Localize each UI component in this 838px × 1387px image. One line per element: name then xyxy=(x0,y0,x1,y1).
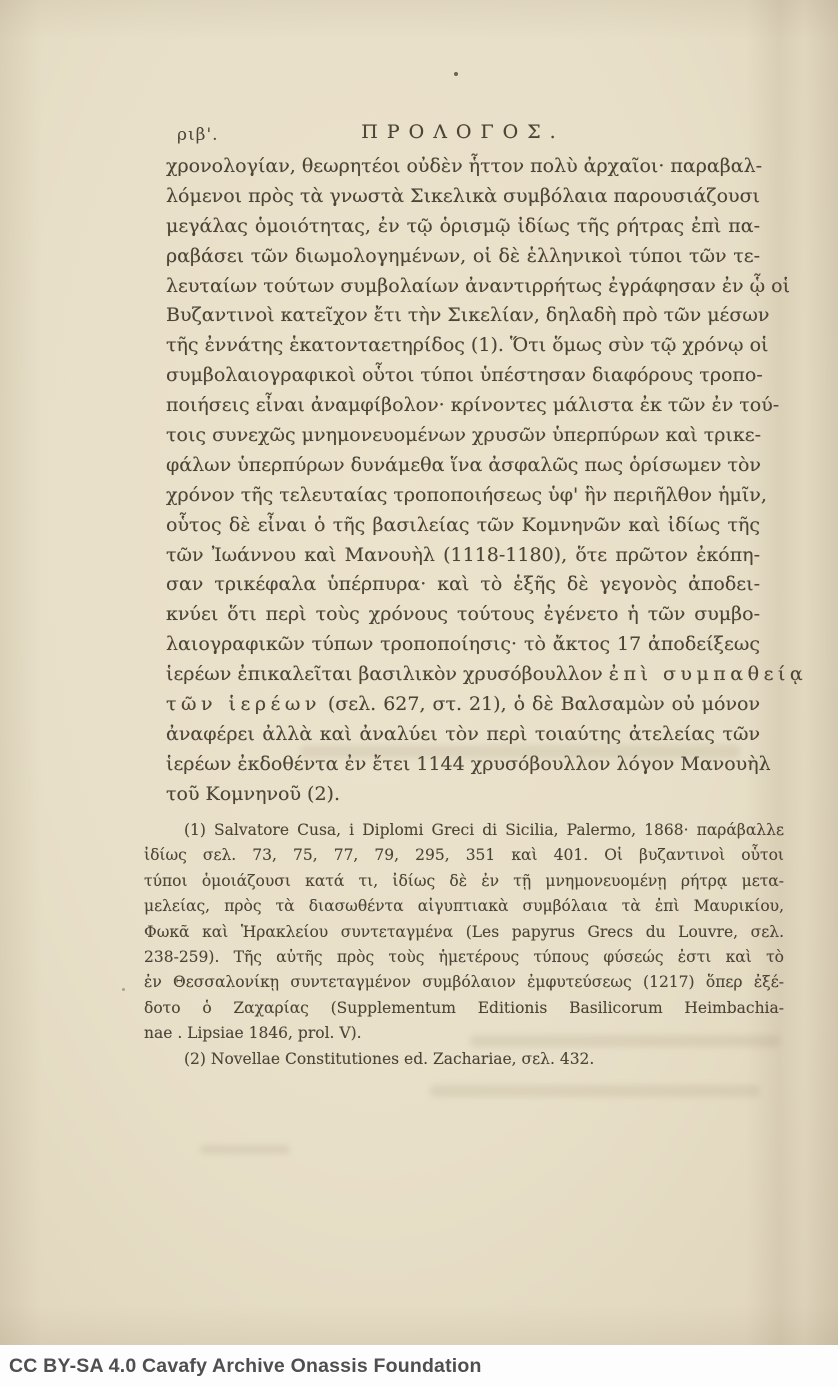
footnote-1-line: ἐν Θεσσαλονίκῃ συντεταγμένον συμβόλαιον … xyxy=(144,970,784,995)
license-bar: CC BY-SA 4.0 Cavafy Archive Onassis Foun… xyxy=(0,1345,838,1387)
footnotes: (1) Salvatore Cusa, i Diplomi Greci di S… xyxy=(144,818,784,1072)
text-line-segment-letterspaced: ἐπὶ συμπαθείᾳ xyxy=(609,663,807,685)
text-line: Βυζαντινοὶ κατεῖχον ἔτι τὴν Σικελίαν, δη… xyxy=(166,301,760,331)
text-line: ποιήσεις εἶναι ἀναμφίβολον· κρίνοντες μά… xyxy=(166,391,760,421)
text-line: λευταίων τούτων συμβολαίων ἀναντιρρήτως … xyxy=(166,272,760,302)
text-line: λόμενοι πρὸς τὰ γνωστὰ Σικελικὰ συμβόλαι… xyxy=(166,182,760,212)
main-paragraph: χρονολογίαν, θεωρητέοι οὐδὲν ἧττον πολὺ … xyxy=(166,152,760,810)
footnote-1-line: 238-259). Τῆς αὐτῆς πρὸς τοὺς ἡμετέρους … xyxy=(144,945,784,970)
text-line: λαιογραφικῶν τύπων τροποποίησις· τὸ ἄκτο… xyxy=(166,630,760,660)
book-page: ριβ'. ΠΡΟΛΟΓΟΣ. χρονολογίαν, θεωρητέοι ο… xyxy=(0,0,838,1345)
text-line: χρόνον τῆς τελευταίας τροποποιήσεως ὑφ' … xyxy=(166,481,760,511)
text-line: σαν τρικέφαλα ὑπέρπυρα· καὶ τὸ ἑξῆς δὲ γ… xyxy=(166,570,760,600)
footnote-2: (2) Novellae Constitutiones ed. Zacharia… xyxy=(144,1047,784,1072)
footnote-1-line: δοτο ὁ Ζαχαρίας (Supplementum Editionis … xyxy=(144,996,784,1021)
text-line: μεγάλας ὁμοιότητας, ἐν τῷ ὁρισμῷ ἰδίως τ… xyxy=(166,212,760,242)
text-line-segment-letterspaced: τῶν ἱερέων xyxy=(166,693,321,715)
footnote-1-line: Φωκᾶ καὶ Ἡρακλείου συντεταγμένα (Les pap… xyxy=(144,920,784,945)
text-line: κνύει ὅτι περὶ τοὺς χρόνους τούτους ἐγέν… xyxy=(166,600,760,630)
text-line: φάλων ὑπερπύρων δυνάμεθα ἵνα ἀσφαλῶς πως… xyxy=(166,451,760,481)
license-text: CC BY-SA 4.0 Cavafy Archive Onassis Foun… xyxy=(9,1355,482,1378)
text-line: τῆς ἐννάτης ἑκατονταετηρίδος (1). Ὅτι ὅμ… xyxy=(166,331,760,361)
text-line: ἱερέων ἐπικαλεῖται βασιλικὸν χρυσόβουλλο… xyxy=(166,660,760,690)
footnote-1-line: (1) Salvatore Cusa, i Diplomi Greci di S… xyxy=(144,818,784,843)
text-line: ραβάσει τῶν διωμολογημένων, οἱ δὲ ἑλληνι… xyxy=(166,242,760,272)
text-line-segment: ἱερέων ἐπικαλεῖται βασιλικὸν χρυσόβουλλο… xyxy=(166,663,609,685)
text-line: τῶν ἱερέων (σελ. 627, στ. 21), ὁ δὲ Βαλσ… xyxy=(166,690,760,720)
show-through-smudge xyxy=(470,1035,780,1047)
text-line: χρονολογίαν, θεωρητέοι οὐδὲν ἧττον πολὺ … xyxy=(166,152,760,182)
text-line: συμβολαιογραφικοὶ οὗτοι τύποι ὑπέστησαν … xyxy=(166,361,760,391)
show-through-smudge xyxy=(430,1085,760,1097)
ink-speck xyxy=(122,988,125,991)
page-title: ΠΡΟΛΟΓΟΣ. xyxy=(166,121,760,143)
footnote-1-line: μελείας, πρὸς τὰ διασωθέντα αἰγυπτιακὰ σ… xyxy=(144,894,784,919)
footnote-1-line: ἰδίως σελ. 73, 75, 77, 79, 295, 351 καὶ … xyxy=(144,843,784,868)
text-line: τοῦ Κομνηνοῦ (2). xyxy=(166,780,760,810)
show-through-smudge xyxy=(200,1145,290,1154)
text-line: τοις συνεχῶς μνημονευομένων χρυσῶν ὑπερπ… xyxy=(166,421,760,451)
text-line-segment: (σελ. 627, στ. 21), ὁ δὲ Βαλσαμὼν οὐ μόν… xyxy=(321,693,760,715)
show-through-smudge xyxy=(300,745,740,758)
text-line: οὗτος δὲ εἶναι ὁ τῆς βασιλείας τῶν Κομνη… xyxy=(166,511,760,541)
ink-speck xyxy=(454,72,458,76)
footnote-1-line: τύποι ὁμοιάζουσι κατά τι, ἰδίως δὲ ἐν τῇ… xyxy=(144,869,784,894)
text-line: τῶν Ἰωάννου καὶ Μανουὴλ (1118-1180), ὅτε… xyxy=(166,541,760,571)
